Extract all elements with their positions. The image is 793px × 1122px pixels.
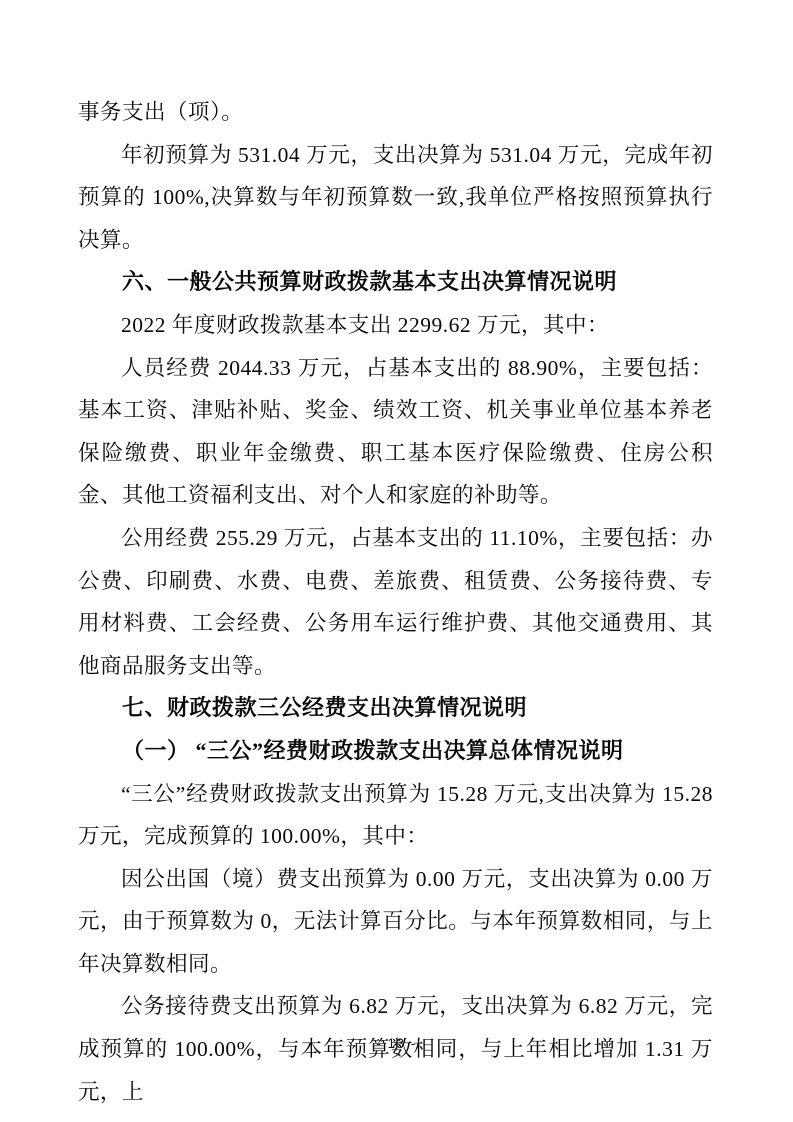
paragraph-abroad-expense: 因公出国（境）费支出预算为 0.00 万元，支出决算为 0.00 万元，由于预算… <box>78 858 713 986</box>
paragraph-annual-budget: 年初预算为 531.04 万元，支出决算为 531.04 万元，完成年初预算的 … <box>78 134 713 262</box>
paragraph-sangong-total: “三公”经费财政拨款支出预算为 15.28 万元,支出决算为 15.28 万元，… <box>78 773 713 858</box>
paragraph-public-funds: 公用经费 255.29 万元，占基本支出的 11.10%，主要包括：办公费、印刷… <box>78 517 713 687</box>
paragraph-personnel-funds: 人员经费 2044.33 万元，占基本支出的 88.90%，主要包括：基本工资、… <box>78 347 713 517</box>
section-heading-7: 七、财政拨款三公经费支出决算情况说明 <box>78 687 713 730</box>
page-number: - 13 - <box>0 1036 793 1051</box>
section-heading-6: 六、一般公共预算财政拨款基本支出决算情况说明 <box>78 261 713 304</box>
subsection-heading-7-1: （一） “三公”经费财政拨款支出决算总体情况说明 <box>78 730 713 773</box>
document-body: 事务支出（项）。年初预算为 531.04 万元，支出决算为 531.04 万元，… <box>78 91 713 1113</box>
paragraph-basic-expenditure-total: 2022 年度财政拨款基本支出 2299.62 万元，其中： <box>78 304 713 347</box>
document-page: 事务支出（项）。年初预算为 531.04 万元，支出决算为 531.04 万元，… <box>0 0 793 1122</box>
paragraph-carryover: 事务支出（项）。 <box>78 91 713 134</box>
